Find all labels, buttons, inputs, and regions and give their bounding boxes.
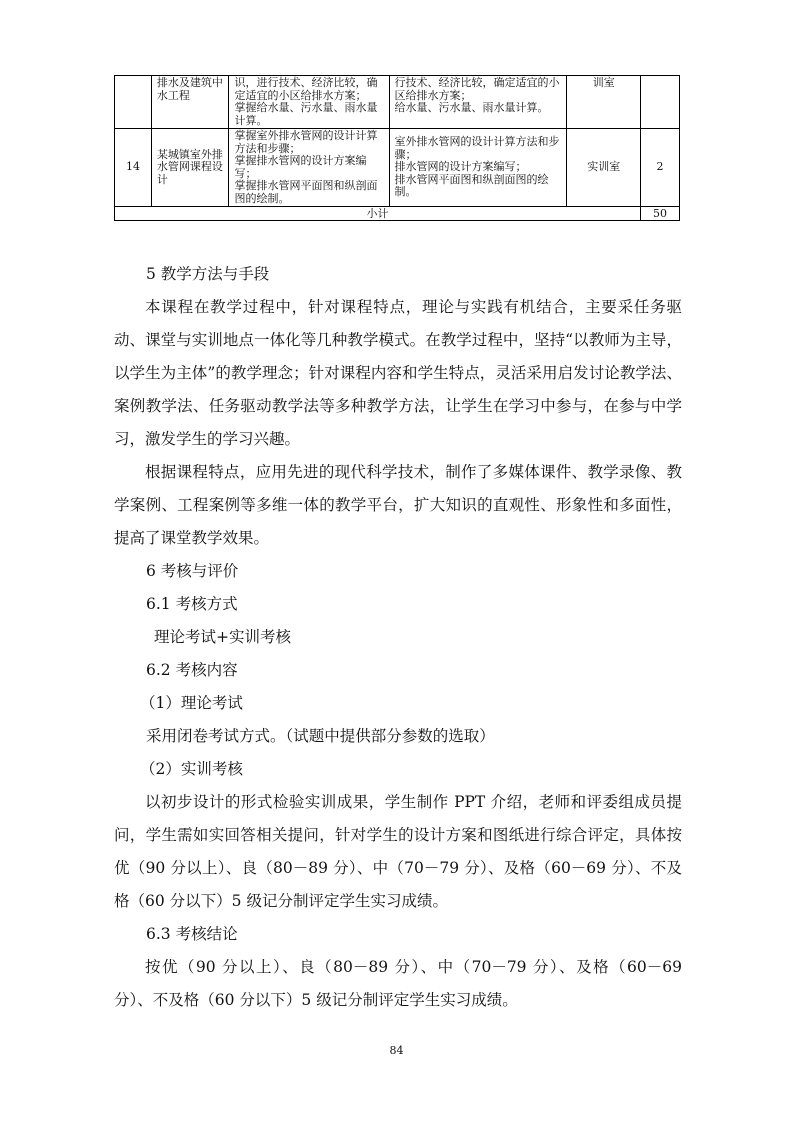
page-number: 84 xyxy=(0,1044,793,1057)
requirement-line: 识，进行技术、经济比较，确定适宜的小区给排水方案； xyxy=(234,77,383,102)
project-name: 排水及建筑中水工程 xyxy=(151,76,229,129)
document-body: 5 教学方法与手段 本课程在教学过程中，针对课程特点，理论与实践有机结合，主要采… xyxy=(114,258,682,1017)
requirements-cell: 掌握室外排水管网的设计计算方法和步骤； 掌握排水管网的设计方案编写； 掌握排水管… xyxy=(229,129,389,207)
requirement-line: 掌握排水管网平面图和纵剖面图的绘制。 xyxy=(234,180,383,205)
content-line: 排水管网的设计方案编写； xyxy=(395,161,562,174)
section-6-2-item-2-text: 以初步设计的形式检验实训成果，学生制作 PPT 介绍，老师和评委组成员提问，学生… xyxy=(114,786,682,918)
section-6-2-item-1-text: 采用闭卷考试方式。（试题中提供部分参数的选取） xyxy=(114,720,682,753)
section-5-paragraph-2: 根据课程特点，应用先进的现代科学技术，制作了多媒体课件、教学录像、教学案例、工程… xyxy=(114,456,682,555)
course-table: 排水及建筑中水工程 识，进行技术、经济比较，确定适宜的小区给排水方案； 掌握给水… xyxy=(114,75,680,221)
section-6-3-heading: 6.3 考核结论 xyxy=(114,918,682,951)
section-6-1-heading: 6.1 考核方式 xyxy=(114,588,682,621)
content-line: 给水量、污水量、雨水量计算。 xyxy=(395,102,562,115)
row-number xyxy=(115,76,152,129)
content-line: 排水管网平面图和纵剖面图的绘制。 xyxy=(395,174,562,199)
place-cell: 实训室 xyxy=(567,129,641,207)
subtotal-label: 小计 xyxy=(115,207,641,221)
section-5-paragraph-1: 本课程在教学过程中，针对课程特点，理论与实践有机结合，主要采任务驱动、课堂与实训… xyxy=(114,291,682,456)
hours-cell: 2 xyxy=(641,129,680,207)
subtotal-row: 小计 50 xyxy=(115,207,680,221)
section-6-2-item-1: （1）理论考试 xyxy=(114,687,682,720)
section-6-2-item-2: （2）实训考核 xyxy=(114,753,682,786)
section-5-heading: 5 教学方法与手段 xyxy=(114,258,682,291)
subtotal-value: 50 xyxy=(641,207,680,221)
section-6-2-heading: 6.2 考核内容 xyxy=(114,654,682,687)
hours-cell xyxy=(641,76,680,129)
row-number: 14 xyxy=(115,129,152,207)
content-line: 行技术、经济比较，确定适宜的小区给排水方案； xyxy=(395,77,562,102)
requirement-line: 掌握室外排水管网的设计计算方法和步骤； xyxy=(234,130,383,155)
place-cell: 训室 xyxy=(567,76,641,129)
table-row: 排水及建筑中水工程 识，进行技术、经济比较，确定适宜的小区给排水方案； 掌握给水… xyxy=(115,76,680,129)
table-row: 14 某城镇室外排水管网课程设计 掌握室外排水管网的设计计算方法和步骤； 掌握排… xyxy=(115,129,680,207)
section-6-1-text: 理论考试+实训考核 xyxy=(114,621,682,654)
section-6-heading: 6 考核与评价 xyxy=(114,555,682,588)
content-cell: 室外排水管网的设计计算方法和步骤； 排水管网的设计方案编写； 排水管网平面图和纵… xyxy=(389,129,567,207)
content-cell: 行技术、经济比较，确定适宜的小区给排水方案； 给水量、污水量、雨水量计算。 xyxy=(389,76,567,129)
project-name: 某城镇室外排水管网课程设计 xyxy=(151,129,229,207)
requirement-line: 掌握给水量、污水量、雨水量计算。 xyxy=(234,102,383,127)
section-6-3-text: 按优（90 分以上）、良（80－89 分）、中（70－79 分）、及格（60－6… xyxy=(114,951,682,1017)
requirements-cell: 识，进行技术、经济比较，确定适宜的小区给排水方案； 掌握给水量、污水量、雨水量计… xyxy=(229,76,389,129)
requirement-line: 掌握排水管网的设计方案编写； xyxy=(234,155,383,180)
content-line: 室外排水管网的设计计算方法和步骤； xyxy=(395,136,562,161)
